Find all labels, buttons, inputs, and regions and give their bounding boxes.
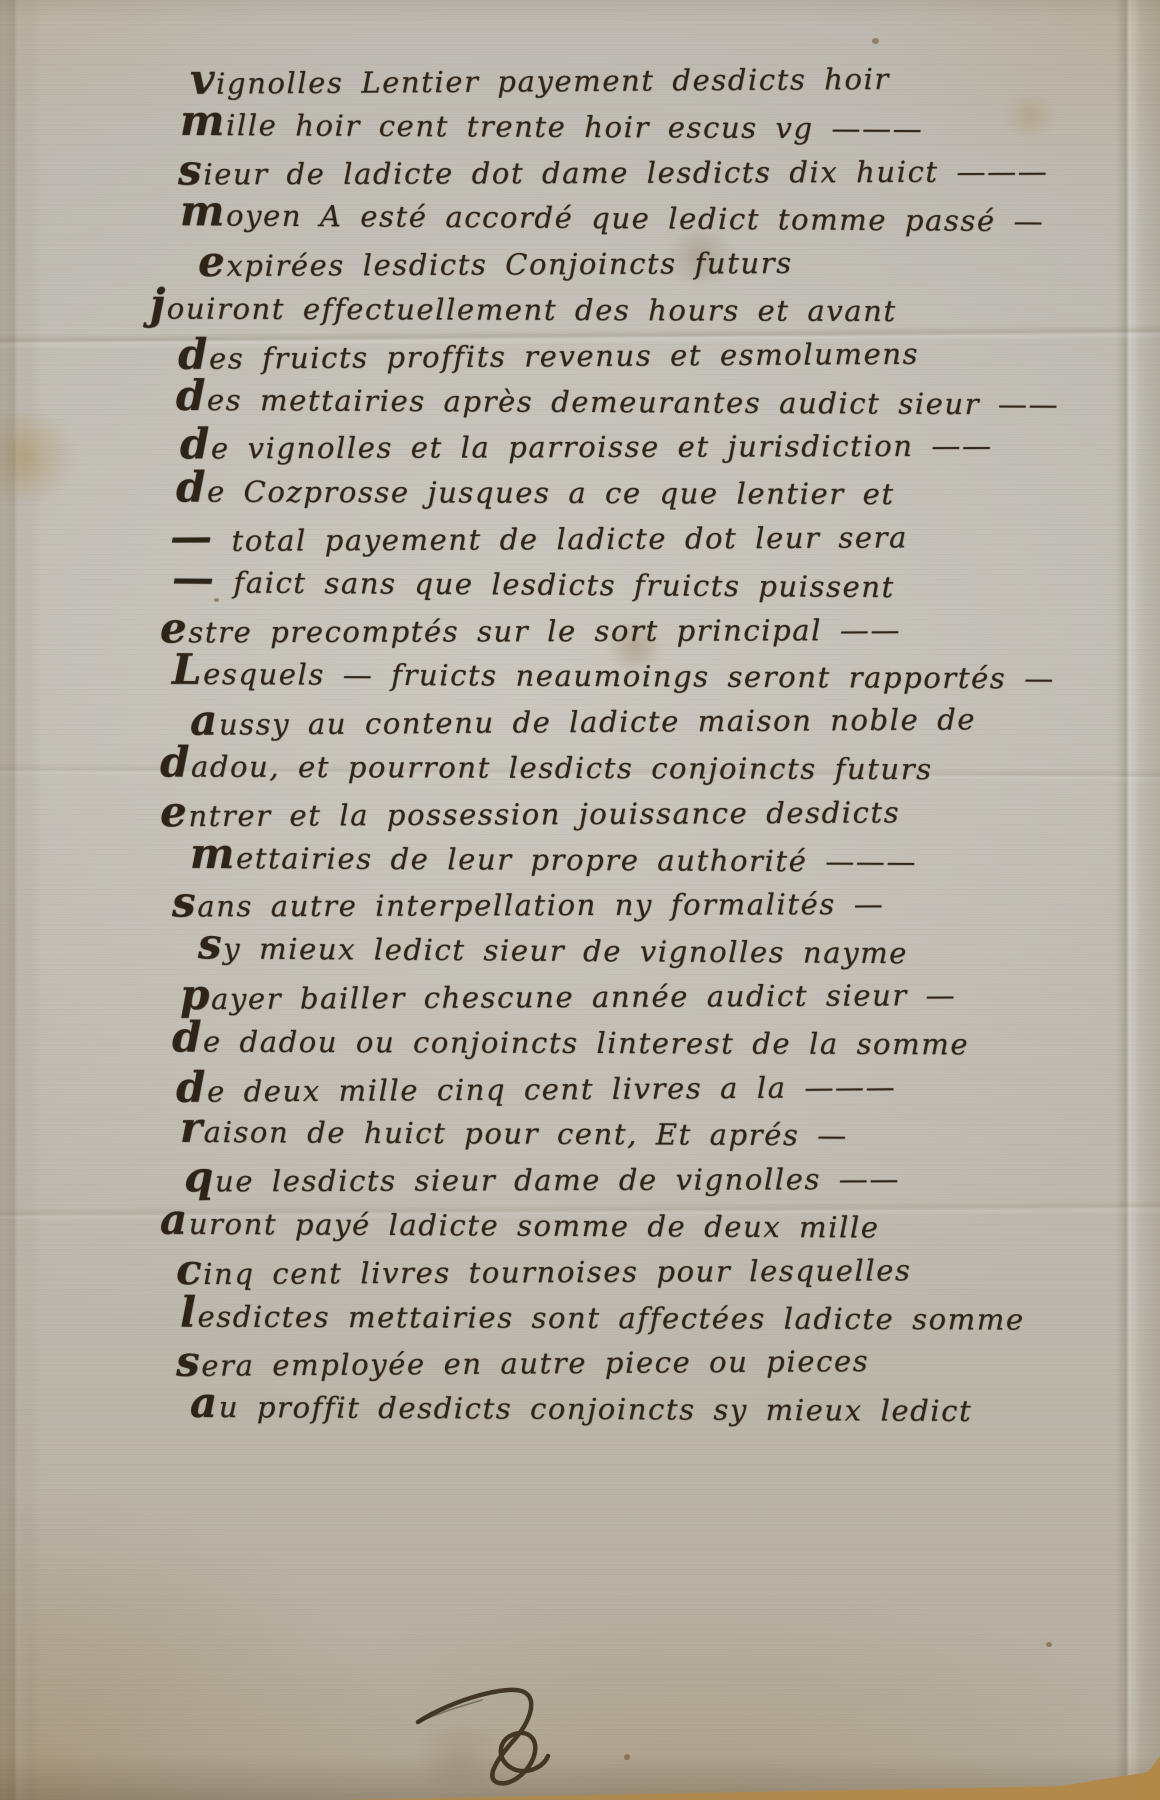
manuscript-line: de vignolles et la parroisse et jurisdic… xyxy=(150,417,1030,466)
manuscript-line: entrer et la possession jouissance desdi… xyxy=(150,782,1030,832)
manuscript-line: estre precomptés sur le sort principal —… xyxy=(150,600,1030,649)
manuscript-line: auront payé ladicte somme de deux mille xyxy=(150,1195,1030,1245)
manuscript-line: sera employée en autre piece ou pieces xyxy=(150,1331,1030,1383)
manuscript-line: aussy au contenu de ladicte maison noble… xyxy=(150,690,1030,742)
manuscript-photo: { "document": { "lines": [ "vignolles Le… xyxy=(0,0,1160,1800)
manuscript-line: vignolles Lentier payement desdicts hoir xyxy=(150,49,1030,101)
vertical-fold-crease xyxy=(1116,0,1142,1800)
manuscript-line: sieur de ladicte dot dame lesdicts dix h… xyxy=(150,142,1030,191)
manuscript-line: de Cozprosse jusques a ce que lentier et xyxy=(150,463,1030,512)
manuscript-line: raison de huict pour cent, Et aprés — xyxy=(150,1103,1030,1153)
notary-paraph-flourish-icon xyxy=(412,1678,602,1798)
manuscript-line: de deux mille cinq cent livres a la ——— xyxy=(150,1056,1030,1108)
manuscript-line: des fruicts proffits revenus et esmolume… xyxy=(150,324,1030,376)
foxing-speck xyxy=(872,38,879,44)
foxing-speck xyxy=(624,1754,630,1760)
manuscript-line: au proffit desdicts conjoincts sy mieux … xyxy=(150,1378,1030,1428)
manuscript-line: dadou, et pourront lesdicts conjoincts f… xyxy=(150,737,1030,786)
manuscript-line: jouiront effectuellement des hours et av… xyxy=(150,279,1030,328)
manuscript-paper: vignolles Lentier payement desdicts hoir… xyxy=(0,0,1160,1800)
manuscript-line: Lesquels — fruicts neaumoings seront rap… xyxy=(150,645,1030,695)
manuscript-line: lesdictes mettairies sont affectées ladi… xyxy=(150,1287,1030,1336)
left-edge-crease xyxy=(4,0,30,1800)
manuscript-line: cinq cent livres tournoises pour lesquel… xyxy=(150,1240,1030,1290)
manuscript-line: mettairies de leur propre authorité ——— xyxy=(150,828,1030,878)
manuscript-line: — faict sans que lesdicts fruicts puisse… xyxy=(150,553,1030,605)
manuscript-line: sans autre interpellation ny formalités … xyxy=(150,875,1030,924)
manuscript-line: des mettairies après demeurantes audict … xyxy=(150,370,1030,420)
manuscript-line: que lesdicts sieur dame de vignolles —— xyxy=(150,1150,1030,1199)
manuscript-line: payer bailler chescune année audict sieu… xyxy=(150,966,1030,1016)
manuscript-line: — total payement de ladicte dot leur ser… xyxy=(150,508,1030,558)
manuscript-line: moyen A esté accordé que ledict tomme pa… xyxy=(150,186,1030,238)
manuscript-line: sy mieux ledict sieur de vignolles nayme xyxy=(150,919,1030,971)
manuscript-text-block: vignolles Lentier payement desdicts hoir… xyxy=(150,52,1030,1426)
manuscript-line: expirées lesdicts Conjoincts futurs xyxy=(150,233,1030,283)
foxing-speck xyxy=(1046,1642,1052,1647)
stain-left-edge xyxy=(0,412,80,502)
manuscript-line: mille hoir cent trente hoir escus vg ——— xyxy=(150,95,1030,145)
manuscript-line: de dadou ou conjoincts linterest de la s… xyxy=(150,1012,1030,1061)
